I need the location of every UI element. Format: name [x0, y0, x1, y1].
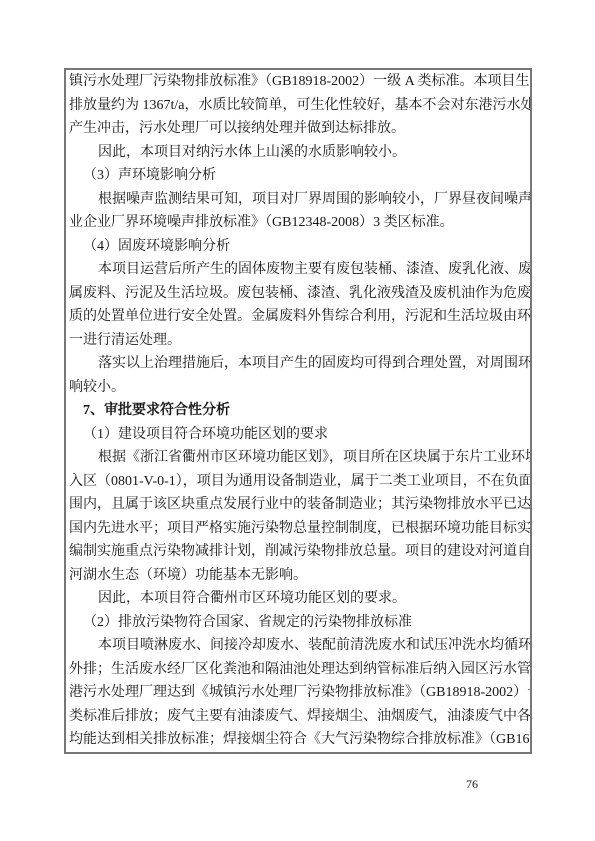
text-line: 因此，本项目对纳污水体上山溪的水质影响较小。 [69, 141, 527, 165]
text-line: 业企业厂界环境噪声排放标准》（GB12348-2008）3 类区标准。 [69, 211, 527, 235]
section-heading: 7、审批要求符合性分析 [69, 399, 527, 423]
text-line: 河湖水生态（环境）功能基本无影响。 [69, 564, 527, 588]
text-line: 落实以上治理措施后，本项目产生的固废均可得到合理处置，对周围环境造成影 [69, 352, 527, 376]
text-line: 排放量约为 1367t/a，水质比较简单，可生化性较好，基本不会对东港污水处理厂… [69, 94, 527, 118]
text-line: 产生冲击，污水处理厂可以接纳处理并做到达标排放。 [69, 117, 527, 141]
text-line: 属废料、污泥及生活垃圾。废包装桶、漆渣、乳化液残渣及废机油作为危废委托有资 [69, 282, 527, 306]
text-line: 因此，本项目符合衢州市区环境功能区划的要求。 [69, 587, 527, 611]
text-line: 类标准后排放；废气主要有油漆废气、焊接烟尘、油烟废气，油漆废气中各有机废气 [69, 705, 527, 729]
text-line: 根据噪声监测结果可知，项目对厂界周围的影响较小，厂界昼夜间噪声可达到《工 [69, 188, 527, 212]
page-number: 76 [466, 777, 478, 792]
text-line: 国内先进水平；项目严格实施污染物总量控制制度，已根据环境功能目标实现情况， [69, 517, 527, 541]
text-line: 港污水处理厂理达到《城镇污水处理厂污染物排放标准》（GB18918-2002）一… [69, 681, 527, 705]
document-body: 镇污水处理厂污染物排放标准》（GB18918-2002）一级 A 类标准。本项目… [69, 70, 527, 752]
text-line: 响较小。 [69, 376, 527, 400]
text-line: 质的处置单位进行安全处置。金属废料外售综合利用，污泥和生活垃圾由环卫部门统 [69, 305, 527, 329]
text-line: 本项目运营后所产生的固体废物主要有废包装桶、漆渣、废乳化液、废机油、金 [69, 258, 527, 282]
text-line: （2）排放污染物符合国家、省规定的污染物排放标准 [69, 611, 527, 635]
text-line: 本项目喷淋废水、间接冷却废水、装配前清洗废水和试压冲洗水均循环回用，不 [69, 634, 527, 658]
document-page: 镇污水处理厂污染物排放标准》（GB18918-2002）一级 A 类标准。本项目… [0, 0, 595, 841]
text-line: 均能达到相关排放标准；焊接烟尘符合《大气污染物综合排放标准》（GB16297-1… [69, 728, 527, 752]
text-line: （4）固废环境影响分析 [69, 235, 527, 259]
text-line: 一进行清运处理。 [69, 329, 527, 353]
text-line: 编制实施重点污染物减排计划，削减污染物排放总量。项目的建设对河道自然形态和 [69, 540, 527, 564]
text-line: （1）建设项目符合环境功能区划的要求 [69, 423, 527, 447]
text-line: 镇污水处理厂污染物排放标准》（GB18918-2002）一级 A 类标准。本项目… [69, 70, 527, 94]
text-line: 围内，且属于该区块重点发展行业中的装备制造业；其污染物排放水平已达到同行业 [69, 493, 527, 517]
text-line: 根据《浙江省衢州市区环境功能区划》，项目所在区块属于东片工业环境优化准 [69, 446, 527, 470]
content-frame: 镇污水处理厂污染物排放标准》（GB18918-2002）一级 A 类标准。本项目… [64, 68, 532, 754]
text-line: 外排；生活废水经厂区化粪池和隔油池处理达到纳管标准后纳入园区污水管网，经东 [69, 658, 527, 682]
text-line: 入区（0801-V-0-1），项目为通用设备制造业，属于二类工业项目，不在负面清… [69, 470, 527, 494]
text-line: （3）声环境影响分析 [69, 164, 527, 188]
